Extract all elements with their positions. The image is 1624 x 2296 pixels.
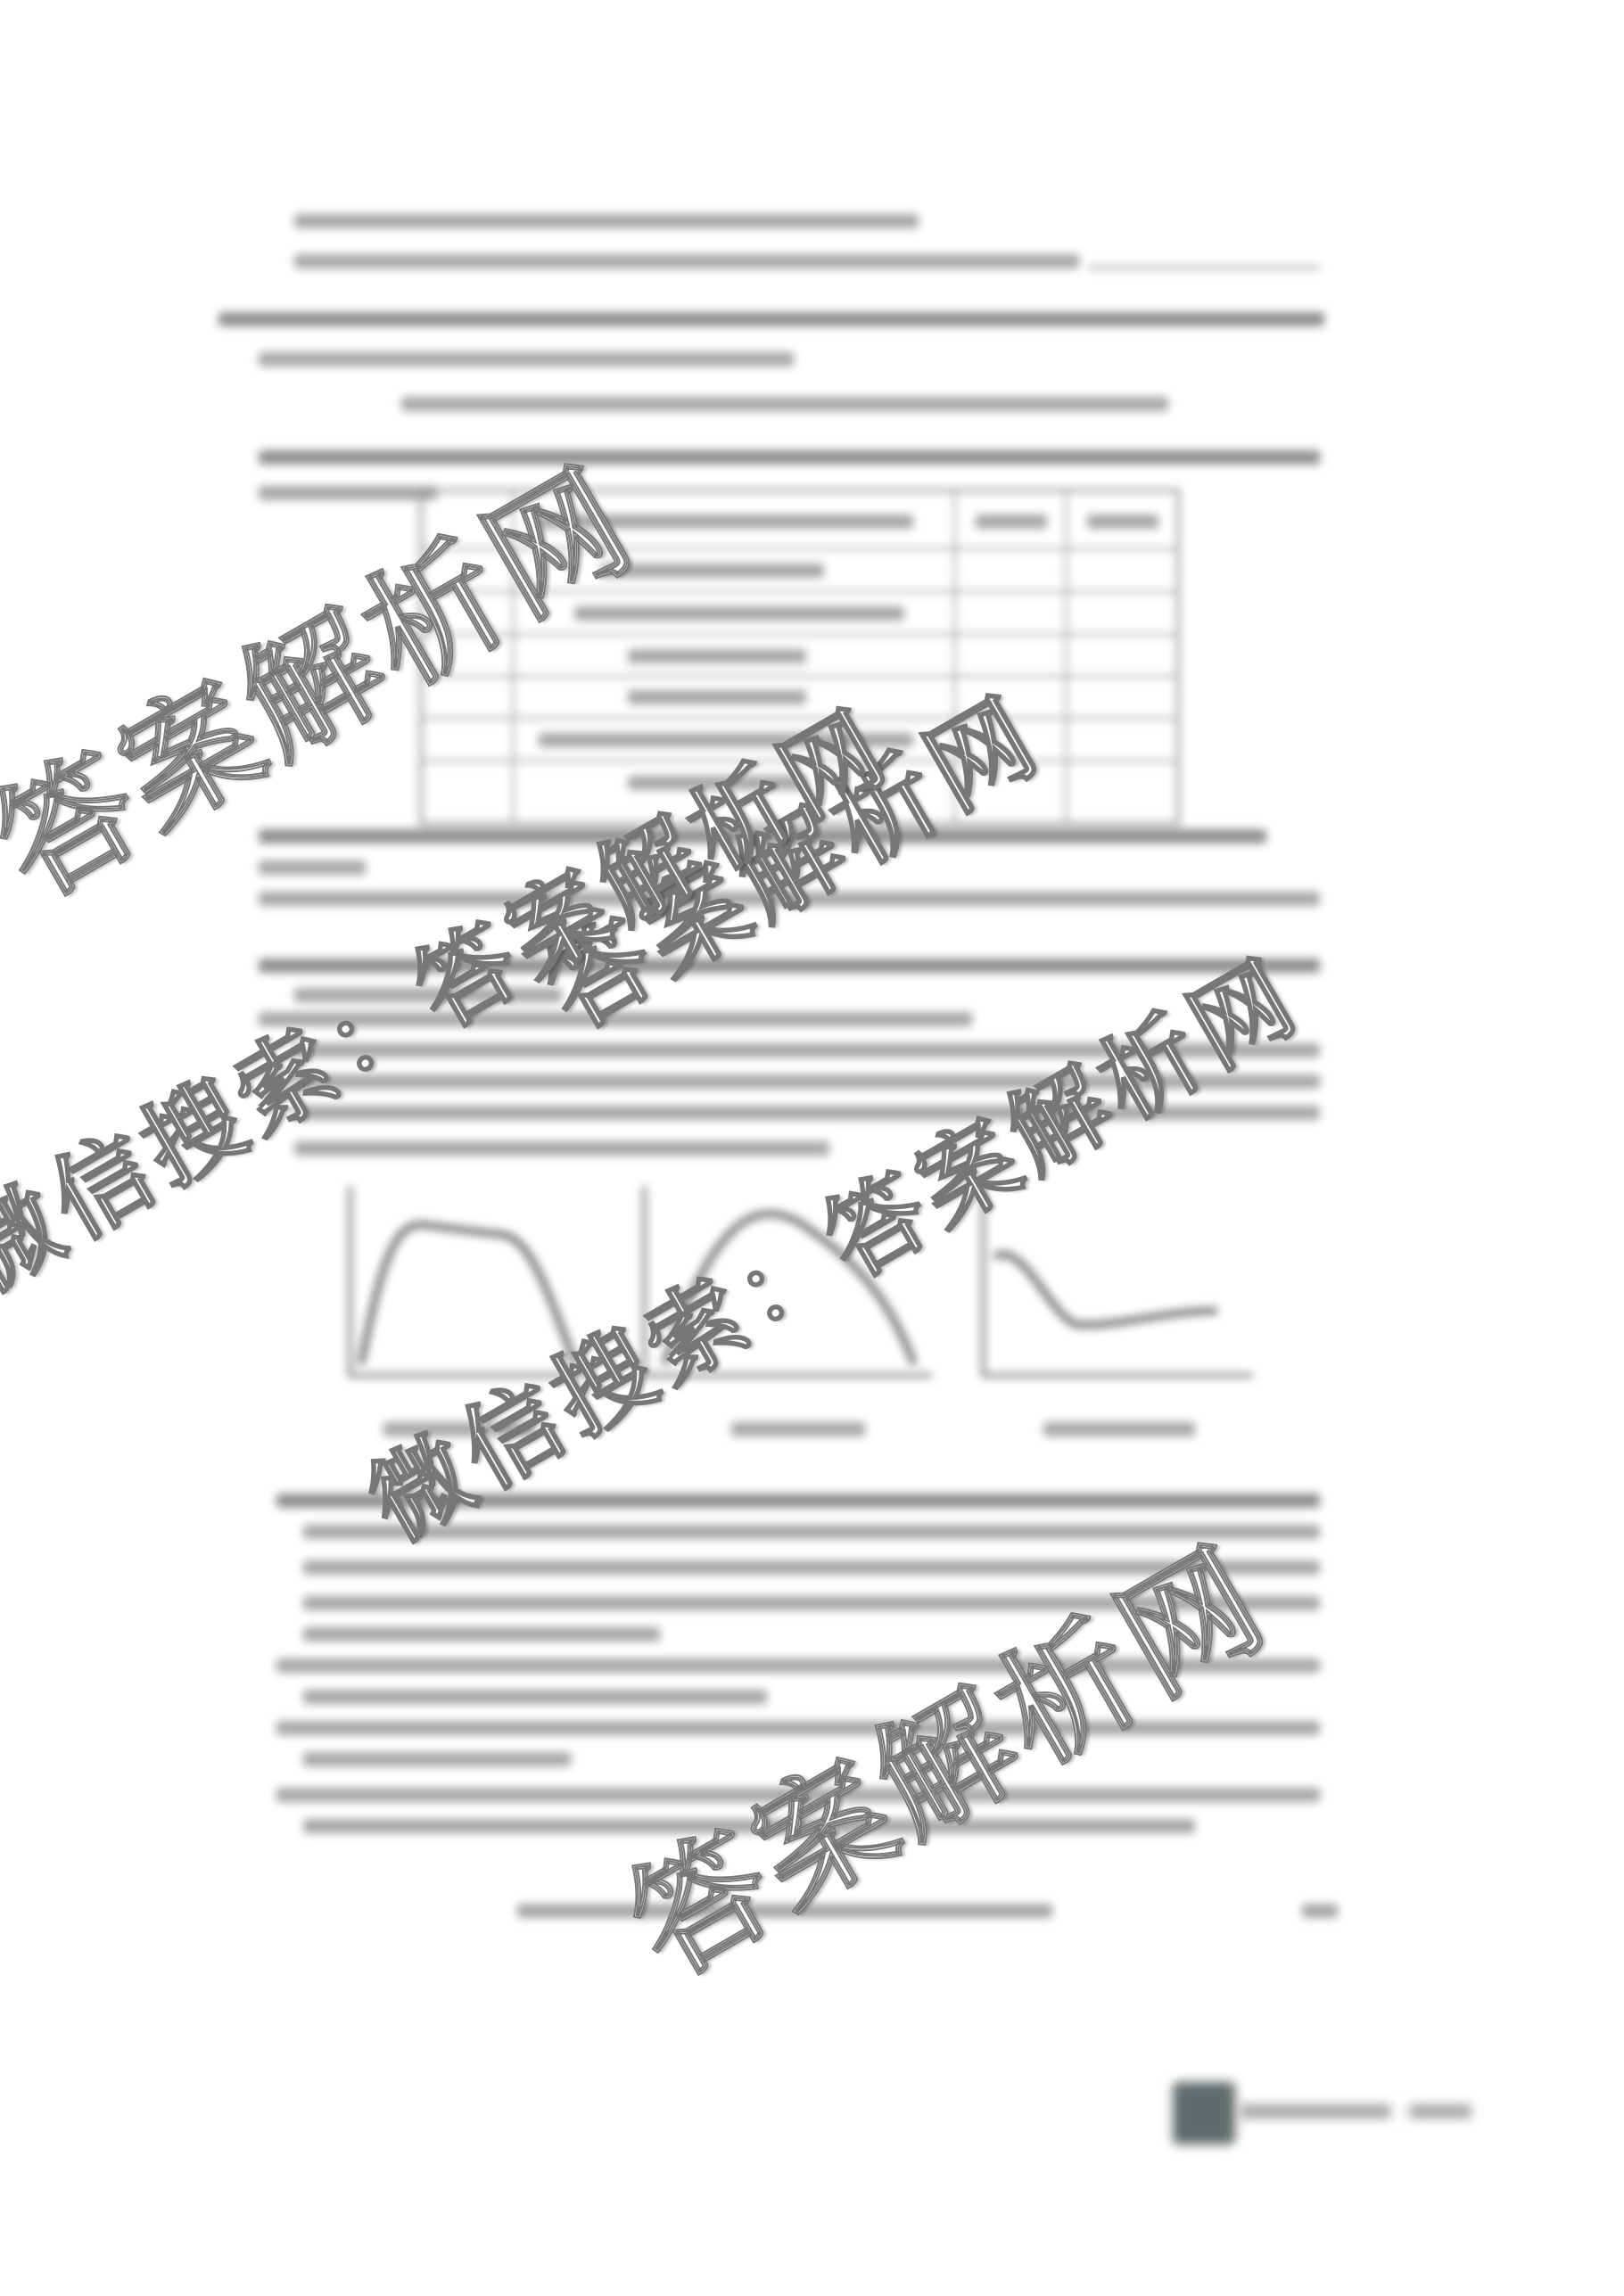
text-line [259,860,366,875]
text-line [303,1596,1320,1610]
text-line [294,1106,1320,1120]
text-line [259,1012,972,1026]
text-line [259,352,794,366]
text-line [303,1525,1320,1539]
text-line [294,214,919,228]
badge-caption [1240,2104,1489,2122]
text-line [259,829,1266,844]
text-line [303,1690,767,1704]
page-number [1302,1904,1338,1918]
figure-2 [642,1186,932,1378]
data-table [419,489,1180,826]
page-footer [517,1904,1052,1918]
text-line [259,486,437,500]
figure-3 [981,1186,1253,1378]
text-line [303,1560,1320,1575]
formula-line [401,397,1168,411]
text-line [294,988,562,1002]
text-line [259,892,1320,906]
text-line [259,959,1320,973]
figure-caption [383,1422,535,1436]
text-line [294,254,1079,268]
text-line [294,1074,1320,1089]
text-line [276,1721,1320,1735]
figure-1 [348,1186,593,1378]
text-line [276,1788,1320,1802]
text-line [303,1627,660,1642]
text-line [303,1752,571,1766]
text-line [294,1141,829,1156]
text-line [303,1819,1195,1833]
text-line [294,1043,1320,1057]
answer-blank [1088,266,1320,269]
figure-caption [731,1422,865,1436]
text-line [276,1494,1320,1508]
text-line [259,450,1320,465]
figure-caption [1043,1422,1195,1436]
text-line [218,312,1324,326]
text-line [276,1658,1320,1673]
blurred-document-page [0,0,1624,2296]
qr-logo-icon [1173,2082,1235,2144]
